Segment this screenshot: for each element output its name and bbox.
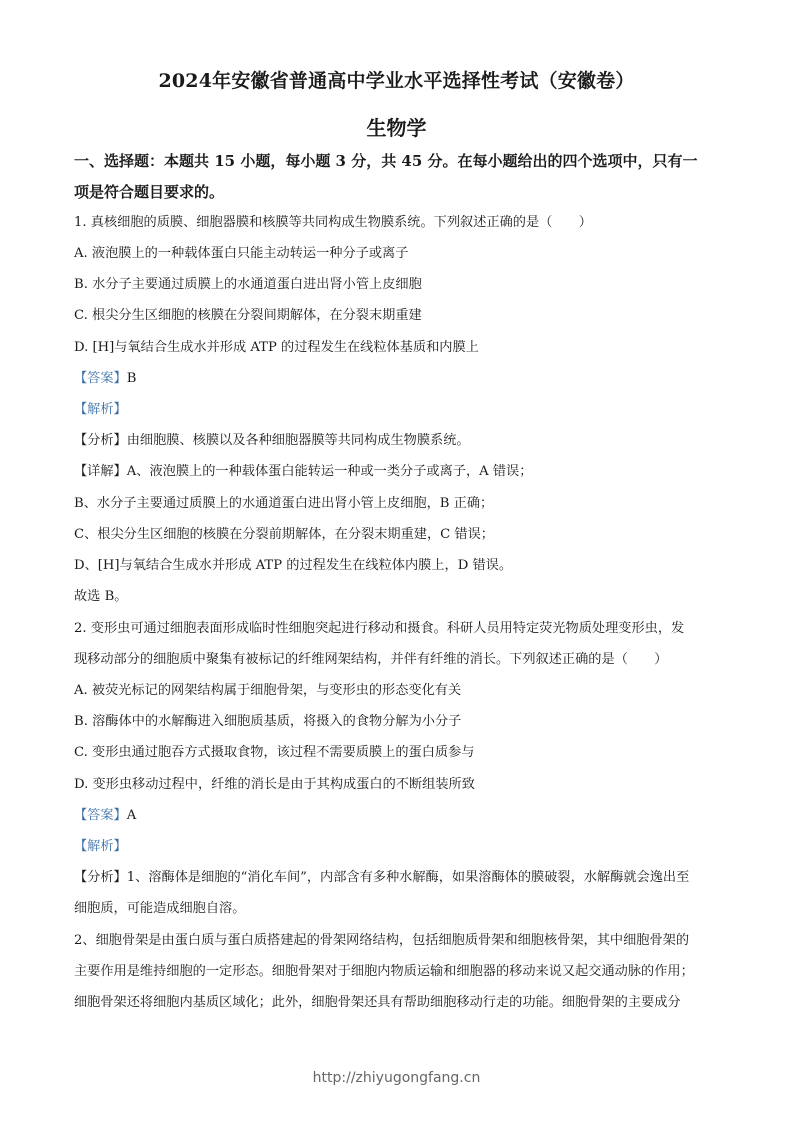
q2-explanation-line: 【分析】1、溶酶体是细胞的“消化车间”，内部含有多种水解酶，如果溶酶体的膜破裂，… bbox=[74, 869, 724, 887]
q2-explanation-line: 主要作用是维持细胞的一定形态。细胞骨架对于细胞内物质运输和细胞器的移动来说又起交… bbox=[74, 963, 724, 981]
q2-explanation-line: 细胞质，可能造成细胞自溶。 bbox=[74, 900, 724, 918]
q2-stem-line1: 2. 变形虫可通过细胞表面形成临时性细胞突起进行移动和摄食。科研人员用特定荧光物… bbox=[74, 620, 724, 638]
answer-label: 【答案】 bbox=[74, 808, 127, 823]
q2-answer: 【答案】A bbox=[74, 807, 724, 825]
q1-option-b: B. 水分子主要通过质膜上的水通道蛋白进出肾小管上皮细胞 bbox=[74, 276, 724, 294]
footer-url[interactable]: http://zhiyugongfang.cn bbox=[0, 1070, 793, 1086]
q2-option-b: B. 溶酶体中的水解酶进入细胞质基质，将摄入的食物分解为小分子 bbox=[74, 713, 724, 731]
q2-stem-line2: 现移动部分的细胞质中聚集有被标记的纤维网架结构，并伴有纤维的消长。下列叙述正确的… bbox=[74, 651, 724, 669]
q1-option-a: A. 液泡膜上的一种载体蛋白只能主动转运一种分子或离子 bbox=[74, 245, 724, 263]
q1-explanation-line: 【详解】A、液泡膜上的一种载体蛋白能转运一种或一类分子或离子，A 错误； bbox=[74, 463, 724, 481]
q2-explanation-line: 细胞骨架还将细胞内基质区域化；此外，细胞骨架还具有帮助细胞移动行走的功能。细胞骨… bbox=[74, 994, 724, 1012]
q2-option-c: C. 变形虫通过胞吞方式摄取食物，该过程不需要质膜上的蛋白质参与 bbox=[74, 744, 724, 762]
q1-explanation-line: B、水分子主要通过质膜上的水通道蛋白进出肾小管上皮细胞，B 正确； bbox=[74, 495, 724, 513]
q1-explanation-line: 【分析】由细胞膜、核膜以及各种细胞器膜等共同构成生物膜系统。 bbox=[74, 432, 724, 450]
document-page: 2024年安徽省普通高中学业水平选择性考试（安徽卷） 生物学 一、选择题：本题共… bbox=[0, 0, 793, 1122]
q1-stem: 1. 真核细胞的质膜、细胞器膜和核膜等共同构成生物膜系统。下列叙述正确的是（ ） bbox=[74, 214, 724, 232]
q2-option-a: A. 被荧光标记的网架结构属于细胞骨架，与变形虫的形态变化有关 bbox=[74, 682, 724, 700]
q1-conclusion: 故选 B。 bbox=[74, 588, 724, 606]
q2-analysis-label: 【解析】 bbox=[74, 838, 724, 856]
exam-title: 2024年安徽省普通高中学业水平选择性考试（安徽卷） bbox=[0, 66, 793, 93]
answer-value: B bbox=[127, 371, 137, 386]
q2-option-d: D. 变形虫移动过程中，纤维的消长是由于其构成蛋白的不断组装所致 bbox=[74, 776, 724, 794]
q1-option-d: D. [H]与氧结合生成水并形成 ATP 的过程发生在线粒体基质和内膜上 bbox=[74, 339, 724, 357]
q2-explanation-line: 2、细胞骨架是由蛋白质与蛋白质搭建起的骨架网络结构，包括细胞质骨架和细胞核骨架，… bbox=[74, 932, 724, 950]
answer-value: A bbox=[127, 808, 137, 823]
q1-explanation-line: D、[H]与氧结合生成水并形成 ATP 的过程发生在线粒体内膜上，D 错误。 bbox=[74, 557, 724, 575]
q1-option-c: C. 根尖分生区细胞的核膜在分裂间期解体，在分裂末期重建 bbox=[74, 307, 724, 325]
section-heading-line1: 一、选择题：本题共 15 小题，每小题 3 分，共 45 分。在每小题给出的四个… bbox=[74, 152, 724, 170]
q1-explanation-line: C、根尖分生区细胞的核膜在分裂前期解体，在分裂末期重建，C 错误； bbox=[74, 526, 724, 544]
q1-analysis-label: 【解析】 bbox=[74, 401, 724, 419]
subject-title: 生物学 bbox=[0, 112, 793, 141]
q1-answer: 【答案】B bbox=[74, 370, 724, 388]
answer-label: 【答案】 bbox=[74, 371, 127, 386]
section-heading-line2: 项是符合题目要求的。 bbox=[74, 183, 724, 201]
